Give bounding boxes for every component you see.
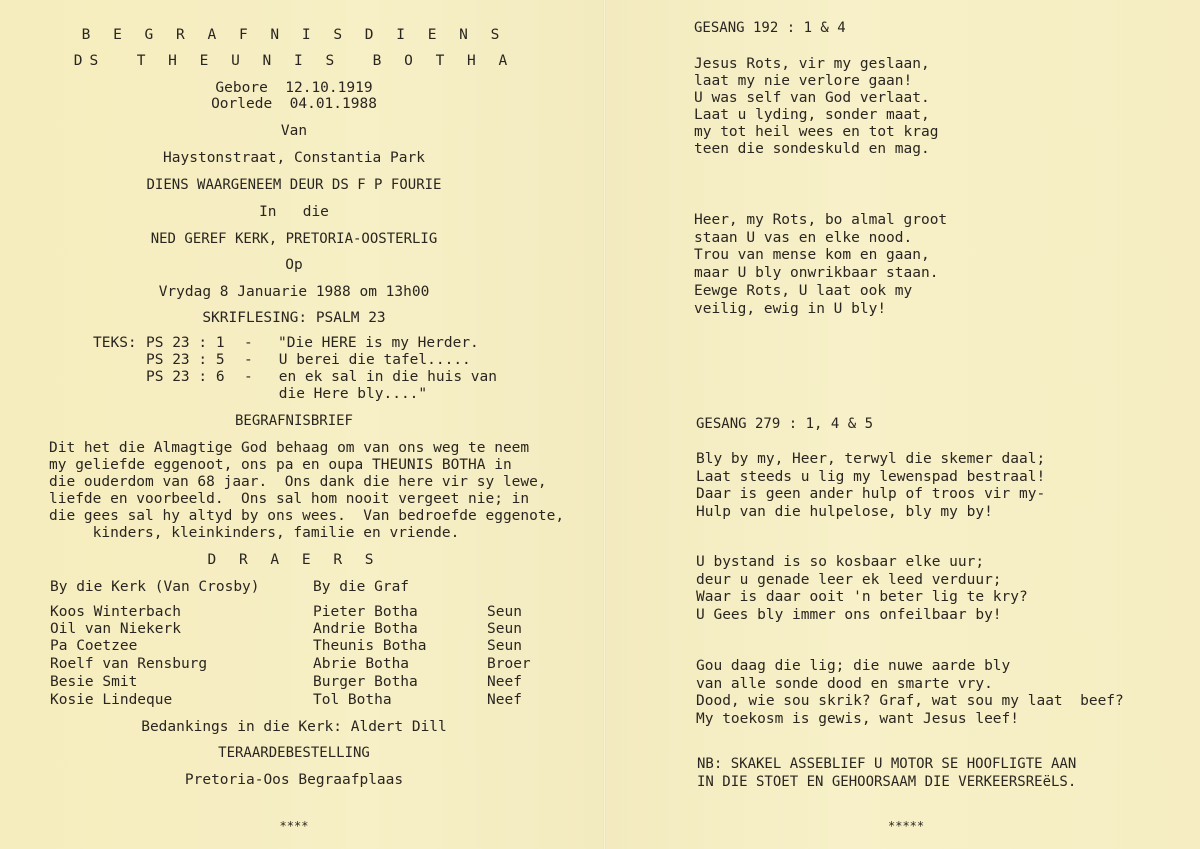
teks-prefix: TEKS:: [93, 335, 137, 352]
notice-line: NB: SKAKEL ASSEBLIEF U MOTOR SE HOOFLIGT…: [697, 756, 1076, 773]
service-title: B E G R A F N I S D I E N S: [0, 27, 596, 44]
verse-line: Gou daag die lig; die nuwe aarde bly: [696, 658, 1010, 675]
grave-bearer: Abrie Botha: [313, 656, 409, 673]
grave-bearer: Theunis Botha: [313, 638, 427, 655]
op-label: Op: [0, 257, 596, 274]
verse-line: my tot heil wees en tot krag: [694, 124, 938, 141]
burial-heading: TERAARDEBESTELLING: [0, 745, 596, 762]
end-mark: ****: [0, 818, 596, 835]
verse-line: Laat steeds u lig my lewenspad bestraal!: [696, 469, 1045, 486]
death-date: Oorlede 04.01.1988: [0, 96, 596, 113]
relation: Neef: [487, 674, 522, 691]
in-label: In die: [0, 204, 596, 221]
scripture-reading: SKRIFLESING: PSALM 23: [0, 310, 596, 327]
verse-line: U was self van God verlaat.: [694, 90, 930, 107]
verse-line: van alle sonde dood en smarte vry.: [696, 676, 993, 693]
teks-text: die Here bly....": [270, 386, 427, 403]
end-mark: *****: [888, 818, 924, 835]
pallbearers-grave-header: By die Graf: [313, 579, 409, 596]
teks-dash: -: [244, 369, 253, 386]
teks-text: U berei die tafel.....: [270, 352, 471, 369]
thanks-line: Bedankings in die Kerk: Aldert Dill: [0, 719, 596, 736]
relation: Broer: [487, 656, 531, 673]
verse-line: Laat u lyding, sonder maat,: [694, 107, 930, 124]
verse-line: laat my nie verlore gaan!: [694, 73, 912, 90]
verse-line: Eewge Rots, U laat ook my: [694, 283, 912, 300]
cemetery: Pretoria-Oos Begraafplaas: [0, 772, 596, 789]
letter-line: kinders, kleinkinders, familie en vriend…: [49, 525, 459, 542]
verse-line: My toekosm is gewis, want Jesus leef!: [696, 711, 1019, 728]
hymn2-title: GESANG 279 : 1, 4 & 5: [696, 416, 873, 433]
address: Haystonstraat, Constantia Park: [0, 150, 596, 167]
teks-dash: -: [244, 335, 253, 352]
teks-dash: -: [244, 352, 253, 369]
letter-line: die ouderdom van 68 jaar. Ons dank die h…: [49, 474, 547, 491]
grave-bearer: Tol Botha: [313, 692, 392, 709]
teks-text: "Die HERE is my Herder.: [278, 335, 479, 352]
teks-text: en ek sal in die huis van: [270, 369, 497, 386]
teks-ref: PS 23 : 5: [146, 352, 225, 369]
church-bearer: Pa Coetzee: [50, 638, 137, 655]
grave-bearer: Andrie Botha: [313, 621, 418, 638]
hymn1-title: GESANG 192 : 1 & 4: [694, 20, 846, 37]
deceased-name: DS T H E U N I S B O T H A: [0, 53, 596, 70]
letter-heading: BEGRAFNISBRIEF: [0, 413, 596, 430]
church-bearer: Besie Smit: [50, 674, 137, 691]
right-page: GESANG 192 : 1 & 4 Jesus Rots, vir my ge…: [606, 0, 1200, 849]
letter-line: liefde en voorbeeld. Ons sal hom nooit v…: [49, 491, 529, 508]
relation: Seun: [487, 621, 522, 638]
verse-line: Bly by my, Heer, terwyl die skemer daal;: [696, 451, 1045, 468]
verse-line: deur u genade leer ek leed verduur;: [696, 572, 1002, 589]
teks-ref: PS 23 : 6: [146, 369, 225, 386]
pallbearers-heading: D R A E R S: [0, 552, 596, 569]
verse-line: Jesus Rots, vir my geslaan,: [694, 56, 930, 73]
grave-bearer: Burger Botha: [313, 674, 418, 691]
van-label: Van: [0, 123, 596, 140]
verse-line: Heer, my Rots, bo almal groot: [694, 212, 947, 229]
church-bearer: Oil van Niekerk: [50, 621, 181, 638]
church-bearer: Koos Winterbach: [50, 604, 181, 621]
verse-line: U bystand is so kosbaar elke uur;: [696, 554, 984, 571]
verse-line: staan U vas en elke nood.: [694, 230, 912, 247]
verse-line: U Gees bly immer ons onfeilbaar by!: [696, 607, 1002, 624]
letter-line: Dit het die Almagtige God behaag om van …: [49, 440, 529, 457]
officiant: DIENS WAARGENEEM DEUR DS F P FOURIE: [0, 177, 596, 194]
verse-line: Hulp van die hulpelose, bly my by!: [696, 504, 993, 521]
church-bearer: Roelf van Rensburg: [50, 656, 207, 673]
letter-line: my geliefde eggenoot, ons pa en oupa THE…: [49, 457, 512, 474]
birth-date: Gebore 12.10.1919: [0, 80, 596, 97]
verse-line: Waar is daar ooit 'n beter lig te kry?: [696, 589, 1028, 606]
verse-line: Daar is geen ander hulp of troos vir my-: [696, 486, 1045, 503]
verse-line: Dood, wie sou skrik? Graf, wat sou my la…: [696, 693, 1124, 710]
relation: Neef: [487, 692, 522, 709]
church-name: NED GEREF KERK, PRETORIA-OOSTERLIG: [0, 231, 596, 248]
teks-ref: PS 23 : 1: [146, 335, 225, 352]
church-bearer: Kosie Lindeque: [50, 692, 172, 709]
letter-line: die gees sal hy altyd by ons wees. Van b…: [49, 508, 564, 525]
verse-line: maar U bly onwrikbaar staan.: [694, 265, 938, 282]
verse-line: Trou van mense kom en gaan,: [694, 247, 930, 264]
grave-bearer: Pieter Botha: [313, 604, 418, 621]
verse-line: teen die sondeskuld en mag.: [694, 141, 930, 158]
pallbearers-church-header: By die Kerk (Van Crosby): [50, 579, 260, 596]
left-page: B E G R A F N I S D I E N S DS T H E U N…: [0, 0, 604, 849]
verse-line: veilig, ewig in U bly!: [694, 301, 886, 318]
relation: Seun: [487, 638, 522, 655]
notice-line: IN DIE STOET EN GEHOORSAAM DIE VERKEERSR…: [697, 774, 1076, 791]
relation: Seun: [487, 604, 522, 621]
service-date-time: Vrydag 8 Januarie 1988 om 13h00: [0, 284, 596, 301]
